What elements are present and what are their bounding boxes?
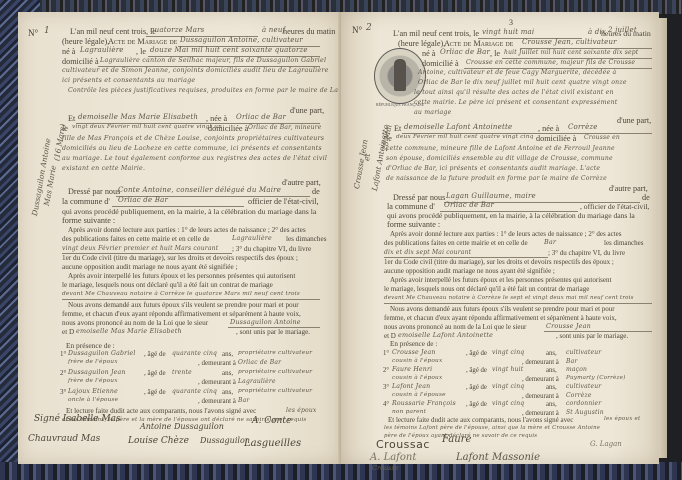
bride-birthdate: vingt deux Février mil huit cent quatre … [72, 123, 222, 132]
page-edges [659, 18, 667, 458]
witness-age: trente [172, 368, 192, 377]
bride-details: son épouse, domiciliés ensemble au dit v… [386, 154, 613, 163]
age-label: , âgé de [144, 388, 166, 398]
witness-profession: propriétaire cultivateur [238, 368, 312, 377]
age-label: , âgé de [144, 369, 166, 379]
groom-details: Orliac de Bar le dix neuf juillet mil hu… [418, 78, 627, 87]
signature: Croussac [376, 438, 430, 451]
part-one: d'une part, [290, 106, 324, 116]
groom-name-final: Crousse Jean [546, 322, 591, 331]
year-text: L'an mil neuf cent trois, le [70, 27, 156, 37]
bride-domicile: Orliac de Bar, mineure [248, 123, 322, 132]
bride-name: demoiselle Mas Marie Elisabeth [78, 113, 198, 122]
signature: Lafont Massonie [456, 452, 540, 463]
signature: Crousse [372, 464, 399, 472]
witness-relation: frère de l'époux [68, 377, 118, 386]
witness-name: Lajoux Etienne [68, 387, 118, 396]
witness-profession: propriétaire cultivateur [238, 387, 312, 396]
bride-name-final: emoiselle Lafont Antoinette [398, 331, 493, 340]
publication-place: Lagraulière [232, 234, 272, 243]
act-number-label: N° [352, 25, 362, 35]
bride-date-label: le [386, 134, 392, 144]
witness-number: 3° [60, 388, 66, 398]
signature: Chauvraud Mas [28, 434, 100, 444]
witness-number: 2° [383, 366, 389, 376]
marriage-date: vingt huit mai [482, 28, 534, 37]
witness-domicile: Bar [238, 396, 249, 405]
witness-profession: maçon [566, 365, 587, 374]
groom-details: ici présents et consentants au mariage [62, 76, 195, 85]
witness-name: Lafont Jean [392, 382, 430, 391]
witness-name: Faure Henri [392, 365, 432, 374]
age-label: , âgé de [466, 383, 487, 393]
witness-name: Dussaguilon Jean [68, 368, 126, 377]
signature: G. Lagan [590, 440, 622, 448]
signature: Lasgueilles [244, 438, 301, 449]
groom-details: Antoine, cultivateur et de feue Cagy Mar… [418, 68, 616, 77]
witness-profession: cultivateur [566, 382, 601, 391]
groom-details: le tout ainsi qu'il résulte des actes de… [414, 88, 614, 97]
bride-details: domiciliés au lieu de Lacheze en cette c… [62, 144, 322, 153]
de-label: de [312, 187, 320, 197]
commune-name: Orliac de Bar [444, 201, 494, 210]
contract-details: devant Me Chauveau notaire à Corrèze le … [384, 294, 634, 303]
witness-name: Crousse Jean [392, 348, 436, 357]
officer-name: Lagan Guillaume, maire [446, 192, 536, 201]
underline [384, 303, 652, 304]
groom-details: Contrôle les pièces justificatives requi… [68, 86, 369, 95]
underline [62, 299, 320, 300]
bride-domicile-label: domiciliée à [208, 124, 248, 134]
lecture-final-hw: les époux [286, 406, 317, 415]
signature: Antoine Dussaguilon [140, 422, 224, 431]
born-label: né à [422, 49, 435, 59]
signature: A. Lafont [370, 452, 416, 463]
dom-label: , demeurant à [198, 359, 236, 369]
groom-details: au mariage [414, 108, 451, 117]
witness-number: 4° [383, 400, 389, 410]
bride-details: existant en cette Mairie. [62, 164, 145, 173]
groom-name: Dussaguilon Antoine, cultivateur [180, 36, 303, 45]
groom-birthplace: Orliac de Bar [440, 48, 490, 57]
witness-domicile: Lagraulière [238, 377, 276, 386]
bride-domicile: Crousse en [584, 133, 620, 142]
bride-birthdate: deux Février mil huit cent quatre vingt … [396, 133, 534, 142]
groom-domicile: Crousse en cette commune, majeur fils de… [466, 58, 635, 67]
groom-birthplace: Lagraulière [80, 46, 124, 55]
witness-age: quarante cinq [172, 349, 217, 358]
signature: Signé Isabelle Mas [34, 414, 121, 424]
witness-age: vingt huit [492, 365, 523, 374]
groom-birthdate: douze Mai mil huit cent soixante quatorz… [150, 46, 308, 55]
witness-name: Roussarie François [392, 399, 456, 408]
witness-name: Dussaguilon Gabriel [68, 349, 136, 358]
witness-relation: frère de l'époux [68, 358, 118, 367]
witness-profession: propriétaire cultivateur [238, 349, 312, 358]
witness-age: quarante cinq [172, 387, 217, 396]
witness-relation: oncle à l'épouse [68, 396, 118, 405]
binding-cover-bottom [0, 462, 682, 480]
margin-note-line: et [362, 153, 372, 162]
bride-date-label: le [62, 124, 68, 134]
signature: Dussaguilon [200, 436, 250, 445]
bride-details: cette commune, mineure fille de Lafont A… [386, 144, 615, 153]
witness-number: 3° [383, 383, 389, 393]
commune-name: Orliac de Bar [118, 196, 168, 205]
bride-birthplace: Orliac de Bar [236, 113, 286, 122]
publication-place: Bar [544, 238, 556, 247]
publication-dates: vingt deux Février premier et huit Mars … [62, 244, 218, 253]
signature: Louise Chèze [128, 436, 189, 446]
procedure-text: forme suivante : [387, 220, 440, 230]
declaration-text: et D [62, 328, 74, 338]
groom-name: Crousse Jean, cultivateur [522, 38, 617, 47]
groom-details: cette mairie. Le père ici présent et con… [414, 98, 617, 107]
contract-details: devant Me Chauveau notaire à Corrèze le … [62, 290, 300, 299]
witness-age: vingt cinq [492, 348, 524, 357]
witness-number: 1° [60, 350, 66, 360]
declaration-text: , sont unis par le mariage. [556, 332, 628, 342]
witness-domicile: Orliac de Bar [238, 358, 281, 367]
signature: Faure [442, 434, 471, 445]
born-label: né à [62, 47, 75, 57]
bride-details: d'Orliac de Bar, ici présents et consent… [386, 164, 600, 173]
witness-age: vingt cinq [492, 382, 524, 391]
signature: A. Conte [252, 416, 291, 426]
dom-label: , demeurant à [198, 397, 236, 407]
officer-name: Conte Antoine, conseiller délégué du Mai… [118, 186, 281, 195]
officer-title: officier de l'état-civil, [248, 197, 319, 207]
marriage-date: quatorze Mars [150, 26, 204, 35]
witness-number: 1° [383, 349, 389, 359]
publication-dates: dix et dix sept Mai courant [384, 248, 471, 257]
age-label: , âgé de [466, 366, 487, 376]
age-label: , âgé de [466, 400, 487, 410]
lecture-final-hw: les époux et [604, 415, 641, 424]
act-number: 1 [44, 27, 50, 36]
page-number: 3 [509, 18, 513, 28]
bride-details: fille de Mas François et de Chèze Louise… [62, 134, 324, 143]
age-label: , âgé de [466, 349, 487, 359]
part-one: d'une part, [617, 116, 651, 126]
bride-details: au mariage. Le tout également conforme a… [62, 154, 327, 163]
act-number: 2 [366, 24, 372, 33]
commune-label: la commune d' [62, 197, 110, 207]
witness-profession: cultivateur [566, 348, 601, 357]
groom-domicile: Lagraulière canton de Seilhac majeur, fi… [100, 56, 326, 65]
bride-name-final: emoiselle Mas Marie Elisabeth [76, 327, 182, 336]
declaration-text: , sont unis par le mariage. [236, 328, 310, 338]
groom-details: cultivateur et de Simon Jeanne, conjoint… [62, 66, 329, 75]
year-text: L'an mil neuf cent trois, le [393, 29, 479, 39]
bride-domicile-label: domiciliée à [536, 134, 576, 144]
groom-birthdate: huit Juillet mil huit cent soixante dix … [504, 48, 638, 57]
witness-number: 2° [60, 369, 66, 379]
heure-legale: (heure légale), [398, 39, 445, 49]
groom-name-final: Dussaguilon Antoine [230, 318, 301, 327]
witness-age: vingt cinq [492, 399, 524, 408]
witness-profession: cordonnier [566, 399, 601, 408]
lecture-text: les dimanches [604, 239, 643, 249]
bride-birthplace: Corrèze [568, 123, 598, 132]
bride-name: demoiselle Lafont Antoinette [404, 123, 512, 132]
bride-details: de naissance de la future produit en for… [386, 174, 607, 183]
procedure-text: forme suivante : [62, 216, 115, 226]
age-label: , âgé de [144, 350, 166, 360]
dresse-label: Dressé par nous [68, 187, 120, 197]
act-number-label: N° [28, 28, 38, 38]
register-scan: N° 1 Dussaguilon Antoine Mas Marie (16 M… [0, 0, 682, 480]
marriage-hour: à neuf [262, 26, 285, 35]
lecture-text: les dimanches [286, 235, 327, 245]
